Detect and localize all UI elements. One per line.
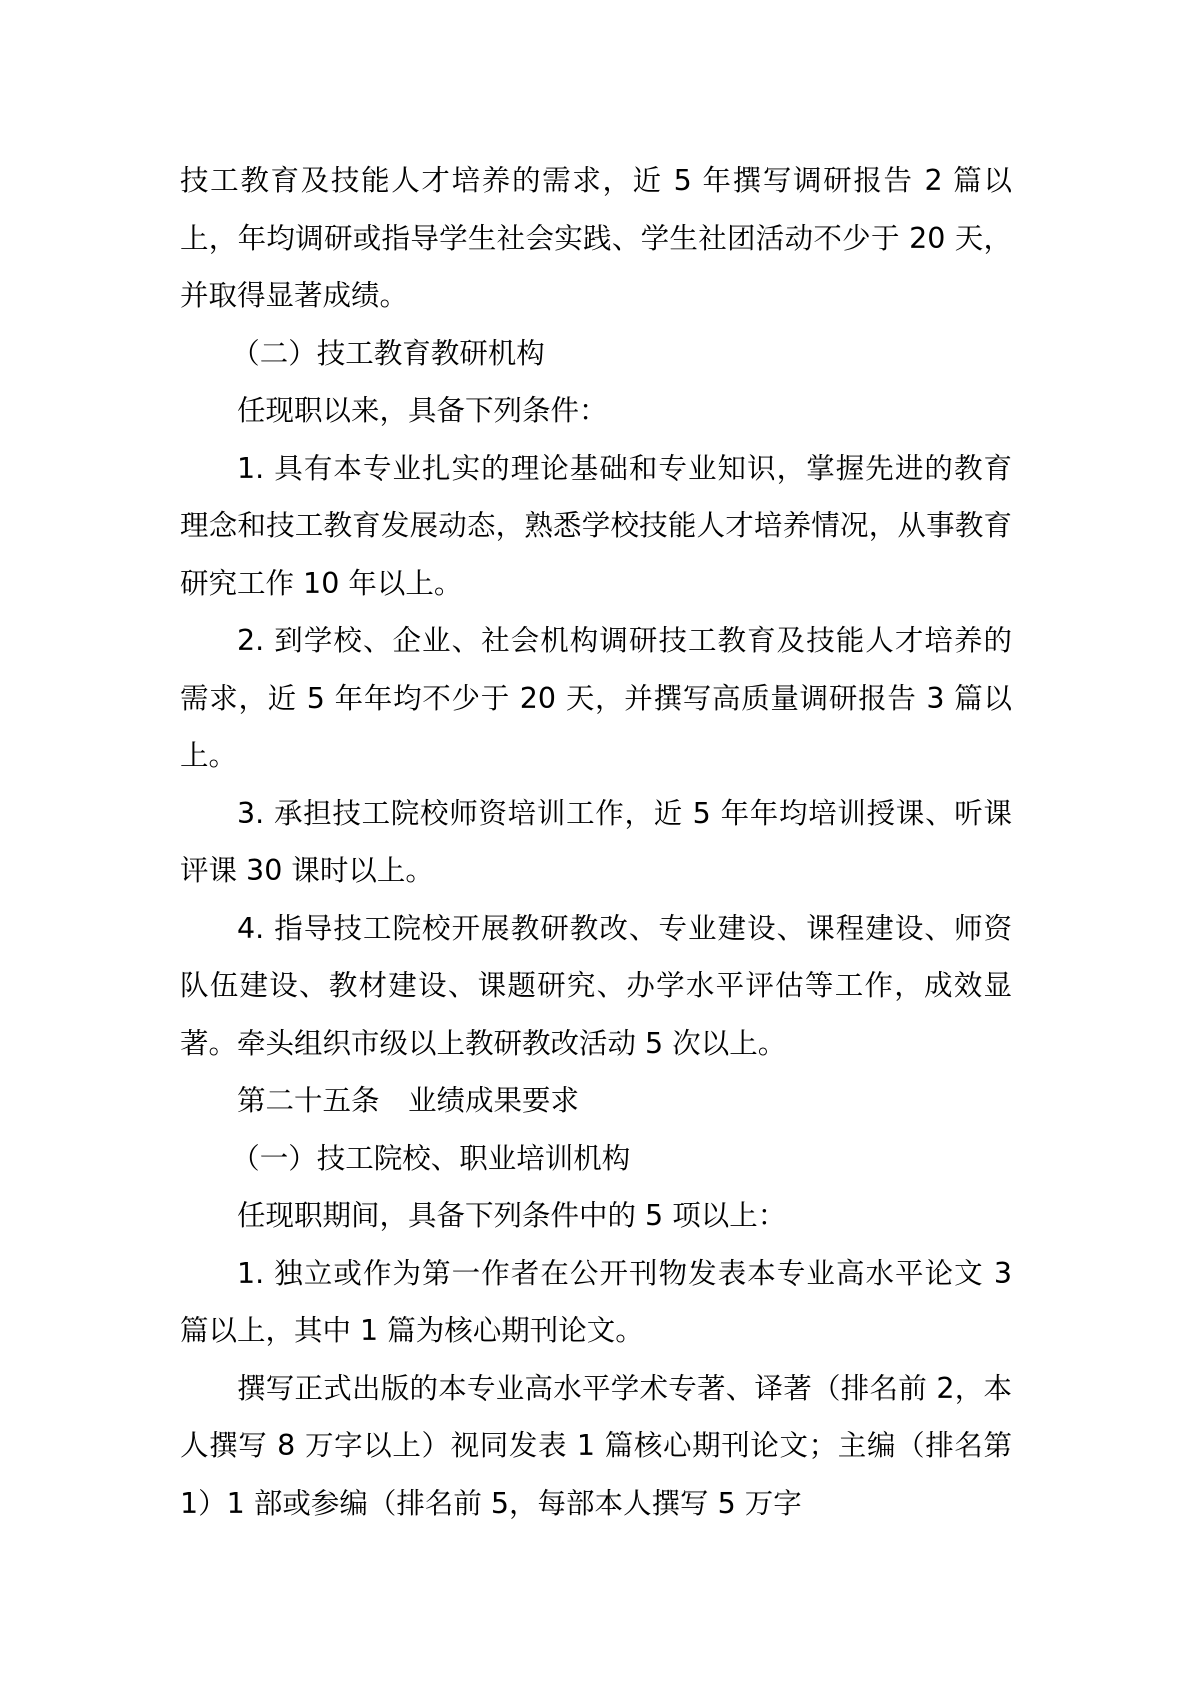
paragraph-continuation-research-requirement: 技工教育及技能人才培养的需求，近 5 年撰写调研报告 2 篇以上，年均调研或指导… xyxy=(180,152,1012,325)
list-item-1-theory-foundation: 1. 具有本专业扎实的理论基础和专业知识，掌握先进的教育理念和技工教育发展动态，… xyxy=(180,440,1012,613)
article-heading-25-performance-requirements: 第二十五条 业绩成果要求 xyxy=(180,1072,1012,1130)
list-item-2-field-research: 2. 到学校、企业、社会机构调研技工教育及技能人才培养的需求，近 5 年年均不少… xyxy=(180,612,1012,785)
list-item-4-guidance: 4. 指导技工院校开展教研教改、专业建设、课程建设、师资队伍建设、教材建设、课题… xyxy=(180,900,1012,1073)
document-page: 技工教育及技能人才培养的需求，近 5 年撰写调研报告 2 篇以上，年均调研或指导… xyxy=(180,152,1012,1532)
section-heading-technical-schools: （一）技工院校、职业培训机构 xyxy=(180,1130,1012,1188)
list-item-3-teacher-training: 3. 承担技工院校师资培训工作，近 5 年年均培训授课、听课评课 30 课时以上… xyxy=(180,785,1012,900)
paragraph-conditions-intro: 任现职以来，具备下列条件： xyxy=(180,382,1012,440)
section-heading-teaching-research-institution: （二）技工教育教研机构 xyxy=(180,325,1012,383)
list-item-1-publications: 1. 独立或作为第一作者在公开刊物发表本专业高水平论文 3 篇以上，其中 1 篇… xyxy=(180,1245,1012,1360)
paragraph-conditions-five-items: 任现职期间，具备下列条件中的 5 项以上： xyxy=(180,1187,1012,1245)
paragraph-monographs-equivalence: 撰写正式出版的本专业高水平学术专著、译著（排名前 2，本人撰写 8 万字以上）视… xyxy=(180,1360,1012,1533)
